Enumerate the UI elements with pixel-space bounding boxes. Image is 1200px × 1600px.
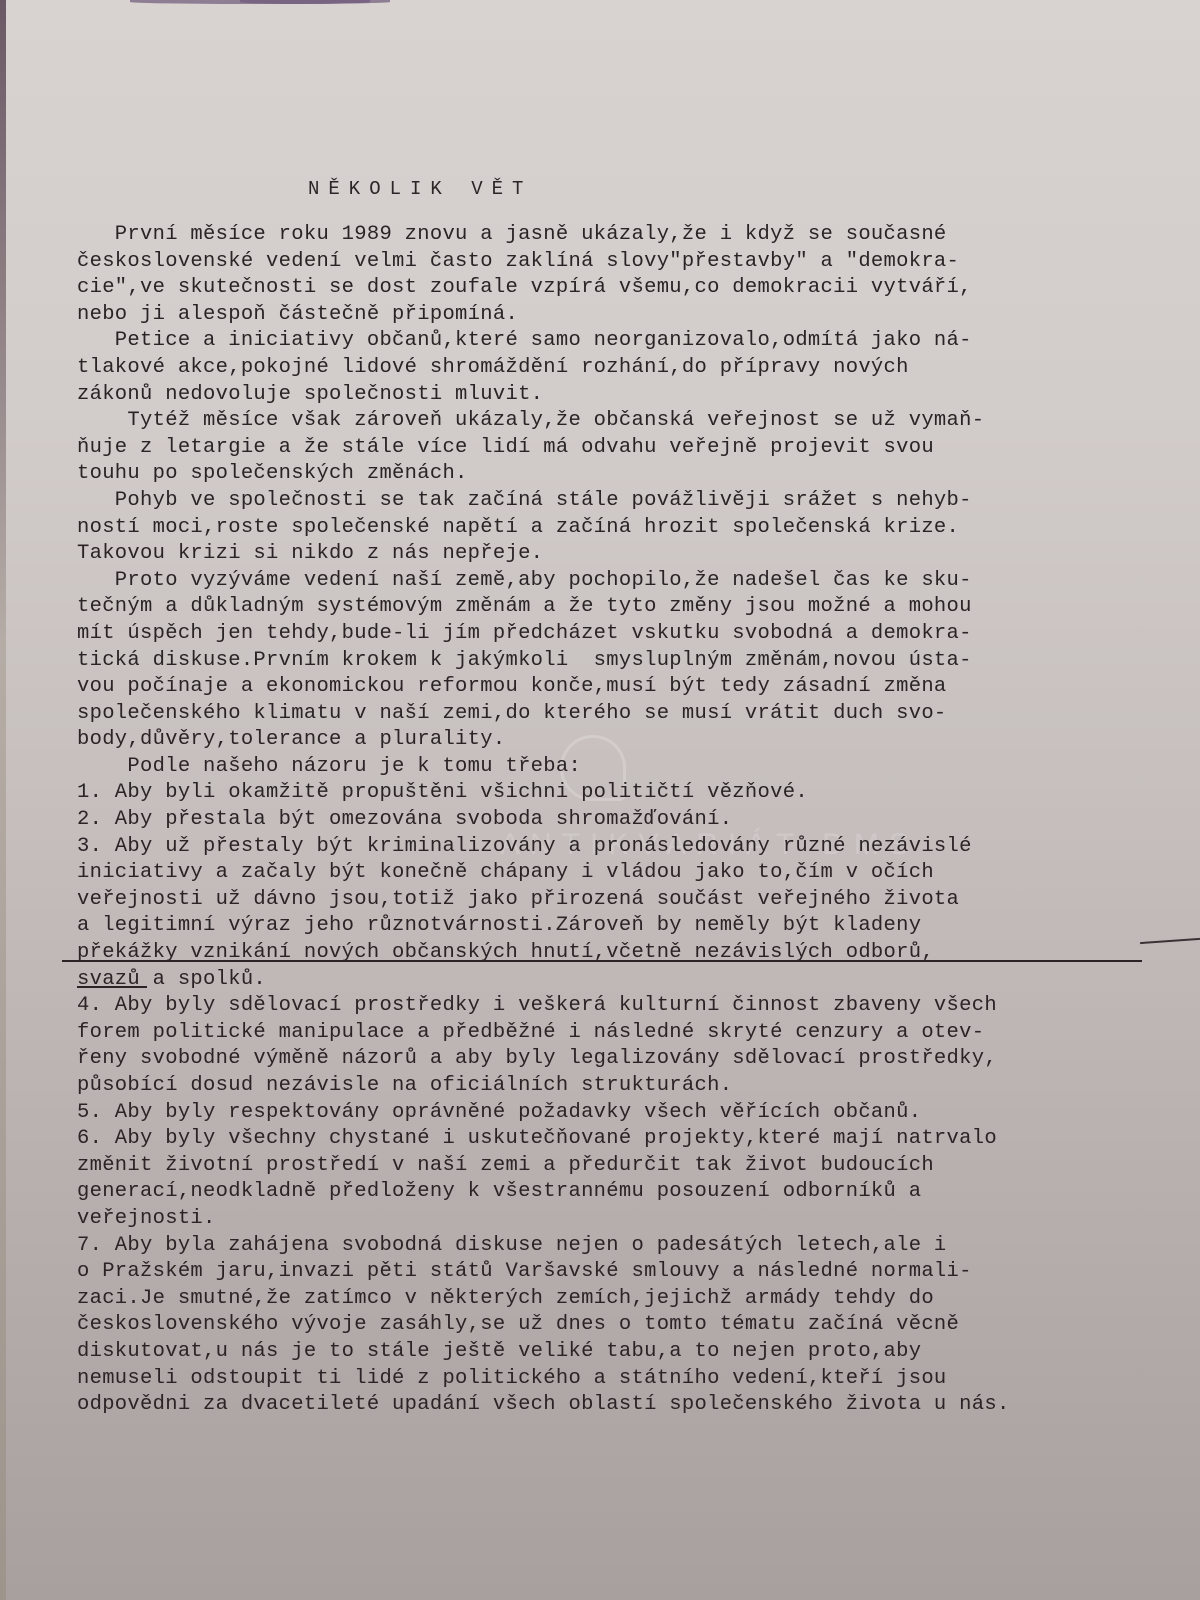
text-line: body,důvěry,tolerance a plurality. (77, 727, 1177, 754)
text-line: Petice a iniciativy občanů,které samo ne… (77, 328, 1177, 355)
text-line: zákonů nedovoluje společnosti mluvit. (77, 382, 1177, 409)
text-line: tečným a důkladným systémovým změnám a ž… (77, 594, 1177, 621)
text-line: československého vývoje zasáhly,se už dn… (77, 1312, 1177, 1339)
text-line: ností moci,roste společenské napětí a za… (77, 515, 1177, 542)
text-line: Podle našeho názoru je k tomu třeba: (77, 754, 1177, 781)
text-line: zaci.Je smutné,že zatímco v některých ze… (77, 1286, 1177, 1313)
text-line: společenského klimatu v naší zemi,do kte… (77, 701, 1177, 728)
text-line: nebo ji alespoň částečně připomíná. (77, 302, 1177, 329)
typewritten-page: NĚKOLIK VĚT ANTIKVARIÁT DMS První měsíce… (0, 0, 1200, 1600)
text-line: cie",ve skutečnosti se dost zoufale vzpí… (77, 275, 1177, 302)
text-line: ňuje z letargie a že stále více lidí má … (77, 435, 1177, 462)
page-edge-shadow (240, 0, 370, 4)
text-line: generací,neodkladně předloženy k všestra… (77, 1179, 1177, 1206)
text-line: První měsíce roku 1989 znovu a jasně uká… (77, 222, 1177, 249)
text-line: 2. Aby přestala být omezována svoboda sh… (77, 807, 1177, 834)
text-line: touhu po společenských změnách. (77, 461, 1177, 488)
text-line: mít úspěch jen tehdy,bude-li jím předchá… (77, 621, 1177, 648)
text-line: iniciativy a začaly být konečně chápany … (77, 860, 1177, 887)
text-line: 7. Aby byla zahájena svobodná diskuse ne… (77, 1233, 1177, 1260)
text-line: 5. Aby byly respektovány oprávněné požad… (77, 1100, 1177, 1127)
text-line: forem politické manipulace a předběžné i… (77, 1020, 1177, 1047)
text-line: řeny svobodné výměně názorů a aby byly l… (77, 1046, 1177, 1073)
text-line: o Pražském jaru,invazi pěti států Varšav… (77, 1259, 1177, 1286)
text-line: svazů a spolků. (77, 967, 1177, 994)
text-line: nemuseli odstoupit ti lidé z politického… (77, 1366, 1177, 1393)
text-line: odpovědni za dvacetileté upadání všech o… (77, 1392, 1177, 1419)
text-line: změnit životní prostředí v naší zemi a p… (77, 1153, 1177, 1180)
text-line: Takovou krizi si nikdo z nás nepřeje. (77, 541, 1177, 568)
text-line: diskutovat,u nás je to stále ještě velik… (77, 1339, 1177, 1366)
text-line: a legitimní výraz jeho různotvárnosti.Zá… (77, 913, 1177, 940)
text-line: Pohyb ve společnosti se tak začíná stále… (77, 488, 1177, 515)
text-line: působící dosud nezávisle na oficiálních … (77, 1073, 1177, 1100)
strikethrough-line (62, 960, 1142, 962)
text-line: 4. Aby byly sdělovací prostředky i veške… (77, 993, 1177, 1020)
text-line: veřejnosti už dávno jsou,totiž jako přir… (77, 887, 1177, 914)
text-line: Tytéž měsíce však zároveň ukázaly,že obč… (77, 408, 1177, 435)
text-line: tlakové akce,pokojné lidové shromáždění … (77, 355, 1177, 382)
text-line: Proto vyzýváme vedení naší země,aby poch… (77, 568, 1177, 595)
text-line: vou počínaje a ekonomickou reformou konč… (77, 674, 1177, 701)
document-body: První měsíce roku 1989 znovu a jasně uká… (77, 222, 1177, 1419)
text-line: 1. Aby byli okamžitě propuštěni všichni … (77, 780, 1177, 807)
text-line: tická diskuse.Prvním krokem k jakýmkoli … (77, 648, 1177, 675)
text-line: překážky vznikání nových občanských hnut… (77, 940, 1177, 967)
text-line: 6. Aby byly všechny chystané i uskutečňo… (77, 1126, 1177, 1153)
text-line: veřejnosti. (77, 1206, 1177, 1233)
text-line: československé vedení velmi často zaklín… (77, 249, 1177, 276)
document-title: NĚKOLIK VĚT (308, 178, 532, 200)
text-line: 3. Aby už přestaly být kriminalizovány a… (77, 834, 1177, 861)
strikethrough-line (77, 986, 147, 988)
